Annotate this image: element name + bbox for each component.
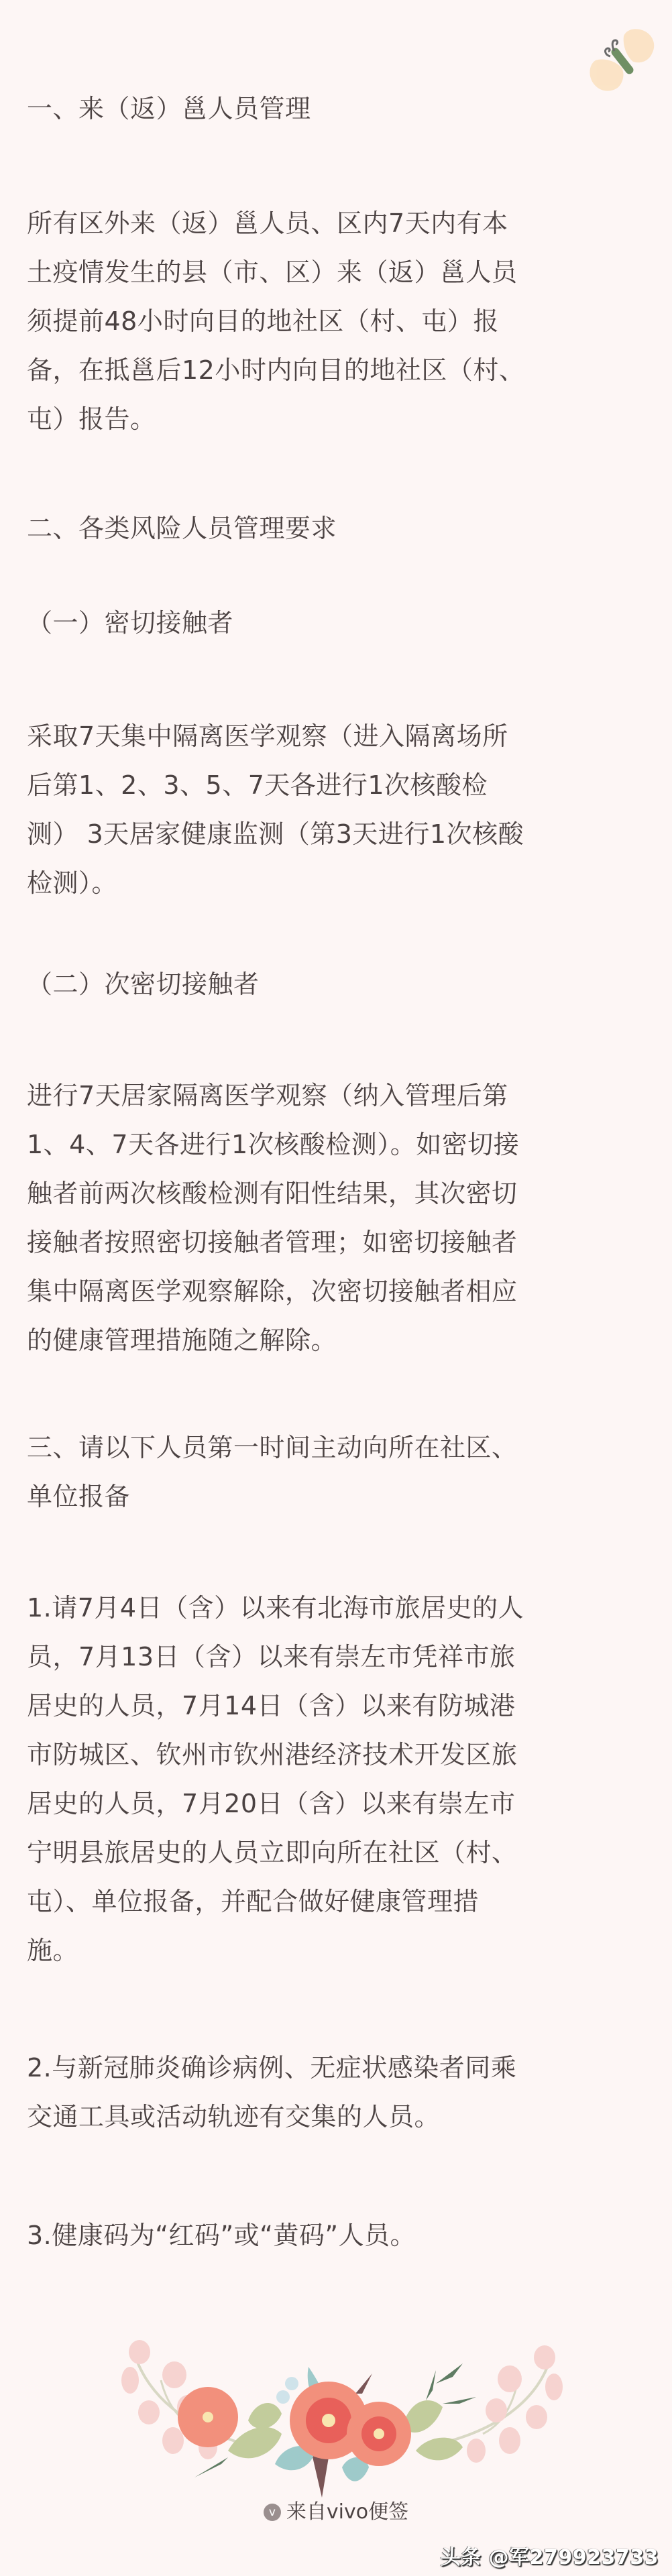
paragraph-line: 须提前48小时向目的地社区（村、屯）报 [27,297,630,346]
item-line: 屯）、单位报备，并配合做好健康管理措 [27,1877,630,1926]
paragraph-line: 检测）。 [27,859,630,908]
paragraph-line: 的健康管理措施随之解除。 [27,1316,630,1365]
item-line: 1.请7月4日（含）以来有北海市旅居史的人 [27,1584,630,1633]
section-heading-3: 三、请以下人员第一时间主动向所在社区、 单位报备 [27,1423,630,1521]
report-item-3: 3.健康码为“红码”或“黄码”人员。 [27,2211,630,2260]
secondary-contacts-paragraph: 进行7天居家隔离医学观察（纳入管理后第 1、4、7天各进行1次核酸检测）。如密切… [27,1071,630,1365]
close-contacts-paragraph: 采取7天集中隔离医学观察（进入隔离场所 后第1、2、3、5、7天各进行1次核酸检… [27,712,630,908]
item-line: 3.健康码为“红码”或“黄码”人员。 [27,2211,630,2260]
paragraph-line: 所有区外来（返）邕人员、区内7天内有本 [27,199,630,248]
subsection-text: （一）密切接触者 [27,599,630,648]
heading-text: 三、请以下人员第一时间主动向所在社区、 [27,1423,630,1472]
paragraph-line: 接触者按照密切接触者管理；如密切接触者 [27,1218,630,1267]
heading-text: 单位报备 [27,1472,630,1521]
subsection-title-secondary-contacts: （二）次密切接触者 [27,960,630,1009]
report-item-2: 2.与新冠肺炎确诊病例、无症状感染者同乘 交通工具或活动轨迹有交集的人员。 [27,2044,630,2142]
heading-text: 一、来（返）邕人员管理 [27,84,630,133]
note-page: 一、来（返）邕人员管理 所有区外来（返）邕人员、区内7天内有本 土疫情发生的县（… [0,0,672,2576]
source-label: 来自vivo便签 [286,2500,408,2524]
watermark: 头条 @军279923733 [441,2544,659,2571]
paragraph-line: 后第1、2、3、5、7天各进行1次核酸检 [27,761,630,810]
item-line: 宁明县旅居史的人员立即向所在社区（村、 [27,1828,630,1877]
section-heading-2: 二、各类风险人员管理要求 [27,504,630,553]
item-line: 市防城区、钦州市钦州港经济技术开发区旅 [27,1731,630,1779]
report-item-1: 1.请7月4日（含）以来有北海市旅居史的人 员，7月13日（含）以来有崇左市凭祥… [27,1584,630,1975]
subsection-text: （二）次密切接触者 [27,960,630,1009]
item-line: 居史的人员，7月20日（含）以来有崇左市 [27,1779,630,1828]
item-line: 居史的人员，7月14日（含）以来有防城港 [27,1682,630,1731]
paragraph-line: 进行7天居家隔离医学观察（纳入管理后第 [27,1071,630,1120]
item-line: 员，7月13日（含）以来有崇左市凭祥市旅 [27,1633,630,1682]
paragraph-line: 集中隔离医学观察解除，次密切接触者相应 [27,1267,630,1316]
section-1-paragraph: 所有区外来（返）邕人员、区内7天内有本 土疫情发生的县（市、区）来（返）邕人员 … [27,199,630,444]
item-line: 施。 [27,1926,630,1975]
item-line: 交通工具或活动轨迹有交集的人员。 [27,2093,630,2142]
section-heading-1: 一、来（返）邕人员管理 [27,84,630,133]
paragraph-line: 土疫情发生的县（市、区）来（返）邕人员 [27,248,630,297]
paragraph-line: 触者前两次核酸检测有阳性结果，其次密切 [27,1169,630,1218]
paragraph-line: 1、4、7天各进行1次核酸检测）。如密切接 [27,1120,630,1169]
paragraph-line: 测） 3天居家健康监测（第3天进行1次核酸 [27,810,630,859]
vivo-badge-icon: v [264,2504,281,2521]
paragraph-line: 屯）报告。 [27,395,630,444]
paragraph-line: 采取7天集中隔离医学观察（进入隔离场所 [27,712,630,761]
paragraph-line: 备，在抵邕后12小时内向目的地社区（村、 [27,346,630,395]
note-source-footer: v来自vivo便签 [0,2496,672,2529]
subsection-title-close-contacts: （一）密切接触者 [27,599,630,648]
heading-text: 二、各类风险人员管理要求 [27,504,630,553]
item-line: 2.与新冠肺炎确诊病例、无症状感染者同乘 [27,2044,630,2093]
flower-bouquet-icon [121,2333,563,2498]
